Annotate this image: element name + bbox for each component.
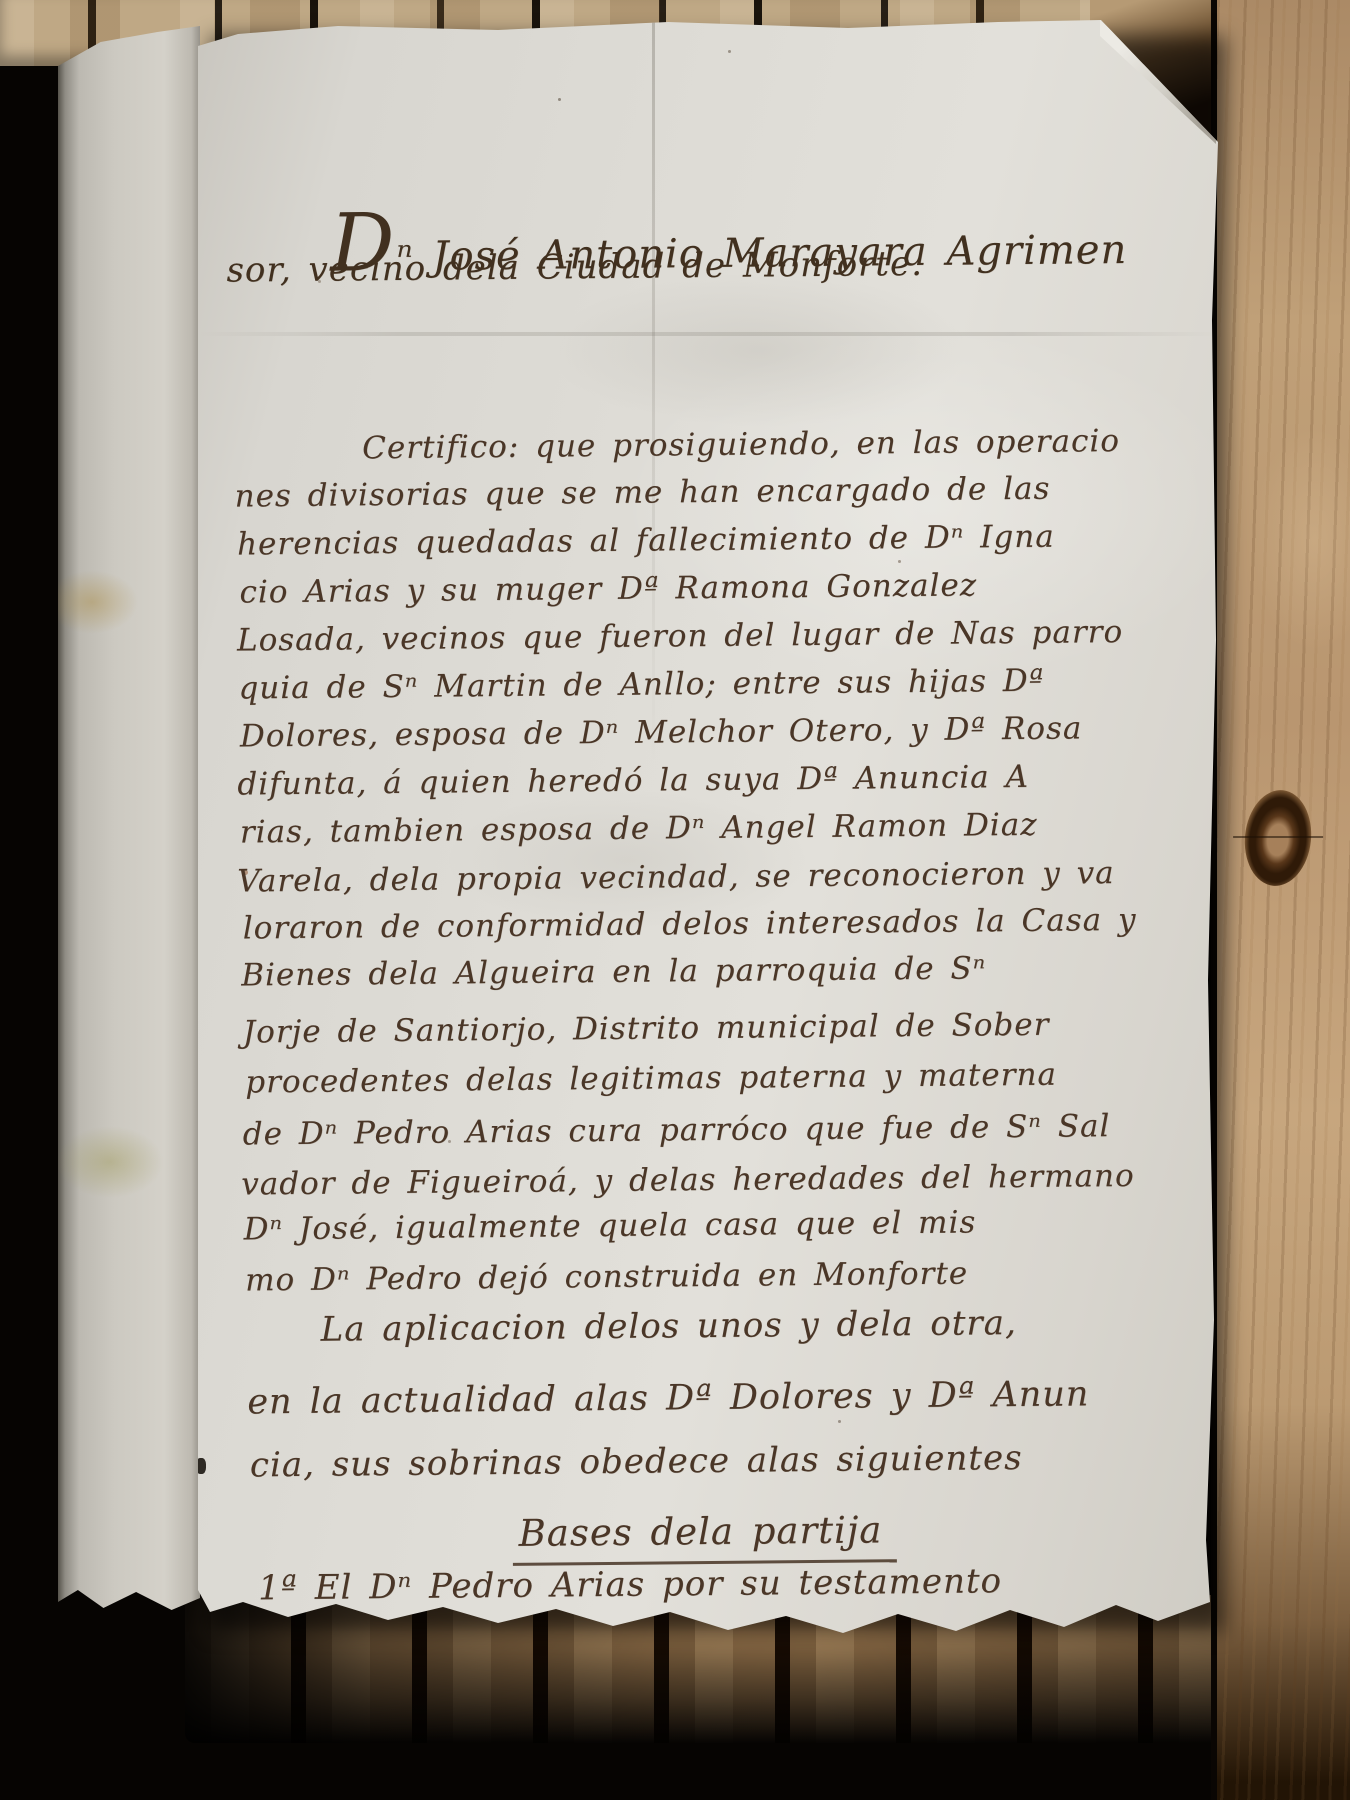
handwritten-line: procedentes delas legitimas paterna y ma… (245, 1055, 1057, 1103)
wood-knot (1240, 787, 1316, 889)
handwritten-text: Dⁿ José Antonio Marayara Agrimen sor, ve… (196, 13, 1231, 1641)
manuscript-photograph: Dⁿ José Antonio Marayara Agrimen sor, ve… (0, 0, 1350, 1800)
handwritten-line: Dⁿ José, igualmente quela casa que el mi… (243, 1202, 976, 1249)
handwritten-line: loraron de conformidad delos interesados… (243, 900, 1137, 949)
heading-line-2: sor, vecino dela Ciudad de Monforte. (226, 244, 923, 291)
manuscript-page: Dⁿ José Antonio Marayara Agrimen sor, ve… (198, 20, 1218, 1638)
handwritten-line: La aplicacion delos unos y dela otra, (320, 1303, 1017, 1350)
handwritten-line: vador de Figueiroá, y delas heredades de… (241, 1156, 1135, 1205)
wood-plank-right (1211, 0, 1350, 1800)
first-base-line: 1ª El Dⁿ Pedro Arias por su testamento (258, 1561, 1002, 1608)
folded-left-page-edge (58, 26, 200, 1632)
handwritten-line: quia de Sⁿ Martin de Anllo; entre sus hi… (238, 661, 1044, 709)
handwritten-line: Certifico: que prosiguiendo, en las oper… (362, 421, 1120, 468)
handwritten-line: nes divisorias que se me han encargado d… (234, 469, 1050, 517)
handwritten-line: rias, tambien esposa de Dⁿ Angel Ramon D… (240, 805, 1038, 853)
handwritten-line: herencias quedadas al fallecimiento de D… (237, 517, 1055, 565)
handwritten-line: Dolores, esposa de Dⁿ Melchor Otero, y D… (240, 708, 1083, 756)
handwritten-line: Bienes dela Algueira en la parroquia de … (241, 948, 986, 995)
handwritten-line: Losada, vecinos que fueron del lugar de … (237, 612, 1124, 661)
handwritten-line: cia, sus sobrinas obedece alas siguiente… (250, 1438, 1023, 1485)
handwritten-line: cio Arias y su muger Dª Ramona Gonzalez (239, 565, 977, 612)
handwritten-line: de Dⁿ Pedro Arias cura parróco que fue d… (243, 1106, 1111, 1154)
handwritten-line: Varela, dela propia vecindad, se reconoc… (237, 853, 1115, 901)
handwritten-line: mo Dⁿ Pedro dejó construida en Monforte (245, 1254, 968, 1301)
handwritten-line: difunta, á quien heredó la suya Dª Anunc… (237, 757, 1029, 805)
handwritten-line: en la actualidad alas Dª Dolores y Dª An… (247, 1374, 1089, 1422)
handwritten-line: Jorje de Santiorjo, Distrito municipal d… (243, 1005, 1050, 1053)
section-heading-underlined: Bases dela partija (512, 1508, 896, 1566)
